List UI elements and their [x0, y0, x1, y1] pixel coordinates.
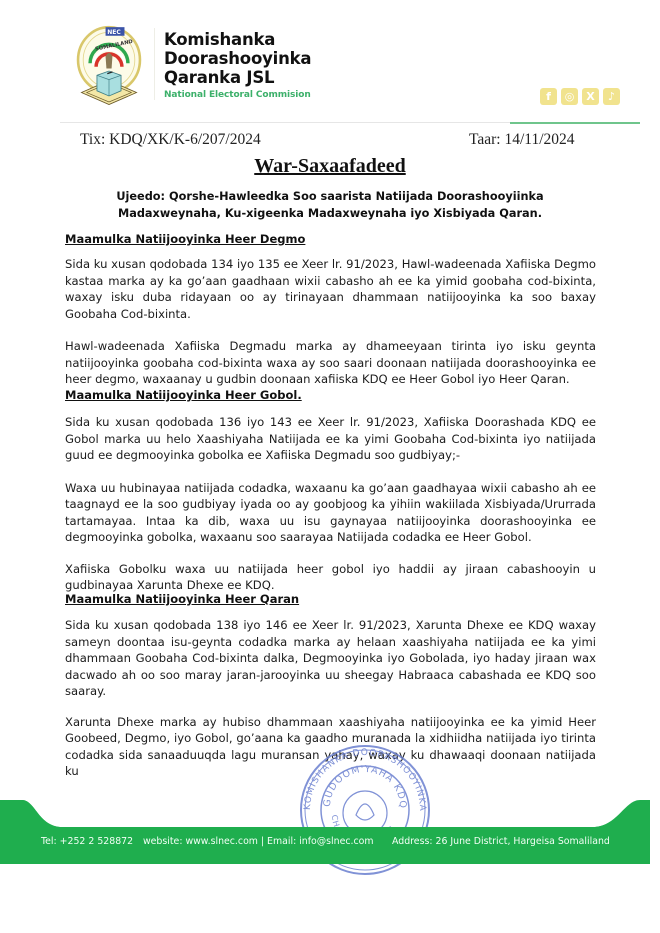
header-rule: [60, 122, 510, 123]
paragraph: Sida ku xusan qodobada 134 iyo 135 ee Xe…: [65, 256, 596, 322]
paragraph: Sida ku xusan qodobada 136 iyo 143 ee Xe…: [65, 414, 596, 464]
x-twitter-icon[interactable]: X: [582, 88, 599, 105]
document-date: Taar: 14/11/2024: [469, 131, 575, 149]
document-subject: Ujeedo: Qorshe-Hawleedka Soo saarista Na…: [70, 188, 590, 222]
section-heading-gobol: Maamulka Natiijooyinka Heer Gobol.: [65, 388, 302, 402]
section-heading-qaran: Maamulka Natiijooyinka Heer Qaran: [65, 592, 299, 606]
section-body-degmo: Sida ku xusan qodobada 134 iyo 135 ee Xe…: [65, 256, 596, 388]
section-heading-degmo: Maamulka Natiijooyinka Heer Degmo: [65, 232, 305, 246]
footer-band: [0, 800, 660, 870]
footer-phone: Tel: +252 2 528872: [41, 836, 133, 847]
paragraph: Xafiiska Gobolku waxa uu natiijada heer …: [65, 561, 596, 594]
footer-website-email[interactable]: website: www.slnec.com | Email: info@sln…: [143, 836, 374, 847]
facebook-icon[interactable]: f: [540, 88, 557, 105]
header-rule-accent: [510, 122, 640, 124]
paragraph: Waxa uu hubinayaa natiijada codadka, wax…: [65, 480, 596, 546]
footer-address: Address: 26 June District, Hargeisa Soma…: [392, 836, 610, 847]
org-name-line-3: Qaranka JSL: [164, 68, 311, 87]
social-links: f ◎ X ♪: [540, 88, 620, 105]
organization-name: Komishanka Doorashooyinka Qaranka JSL Na…: [164, 30, 311, 100]
tiktok-icon[interactable]: ♪: [603, 88, 620, 105]
org-name-line-1: Komishanka: [164, 30, 311, 49]
paragraph: Hawl-wadeenada Xafiiska Degmadu marka ay…: [65, 338, 596, 388]
svg-text:NEC: NEC: [107, 29, 121, 36]
instagram-icon[interactable]: ◎: [561, 88, 578, 105]
document-title: War-Saxaafadeed: [0, 155, 660, 178]
letterhead-divider: [154, 28, 155, 100]
org-tagline: National Electoral Commision: [164, 90, 311, 100]
nec-somaliland-emblem-icon: SOMALILAND NEC: [66, 22, 152, 108]
reference-number: Tix: KDQ/XK/K-6/207/2024: [80, 131, 261, 149]
section-body-gobol: Sida ku xusan qodobada 136 iyo 143 ee Xe…: [65, 414, 596, 594]
paragraph: Sida ku xusan qodobada 138 iyo 146 ee Xe…: [65, 617, 596, 700]
org-name-line-2: Doorashooyinka: [164, 49, 311, 68]
